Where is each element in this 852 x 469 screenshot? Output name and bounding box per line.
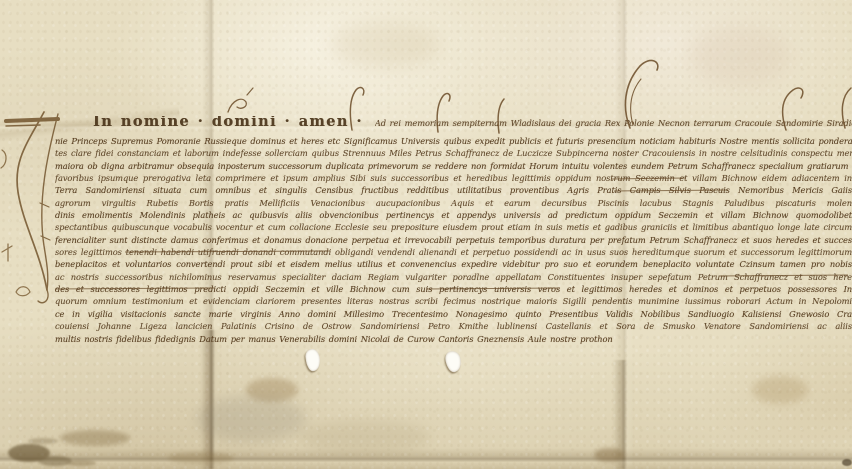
manuscript-line: In nomine · domini · amen · Ad rei memor… bbox=[55, 116, 852, 135]
manuscript-line: des et successores legittimos predicti o… bbox=[55, 283, 852, 295]
parchment-charter-photo: In nomine · domini · amen · Ad rei memor… bbox=[0, 0, 852, 469]
stain-bottom-left-smudge bbox=[60, 430, 130, 446]
stain-top-soft bbox=[330, 22, 440, 68]
stain-right-mid bbox=[752, 376, 808, 404]
manuscript-line: Terra Sandomiriensi situata cum omnibus … bbox=[55, 184, 852, 196]
stain-bottom-right-dot bbox=[842, 459, 852, 466]
stain-center-gray-smudge bbox=[196, 396, 306, 442]
manuscript-line: maiora ob digna arbitramur obsequia inpo… bbox=[55, 160, 852, 172]
manuscript-line: ce in vigilia visitacionis sancte marie … bbox=[55, 308, 852, 320]
stain-center-faint bbox=[300, 420, 430, 454]
stain-bottom-left-cluster bbox=[8, 444, 50, 462]
bottom-plica-fold bbox=[0, 448, 852, 469]
left-edge-pen-marks bbox=[1, 150, 30, 296]
manuscript-line: quorum omnium testimonium et evidenciam … bbox=[55, 295, 852, 307]
manuscript-line: favoribus ipsumque prerogativa leta comp… bbox=[55, 172, 852, 184]
manuscript-text-block: In nomine · domini · amen · Ad rei memor… bbox=[55, 116, 852, 345]
vertical-fold-crease-right-dark bbox=[612, 360, 634, 469]
manuscript-line: dinis emolimentis Molendinis platheis ac… bbox=[55, 209, 852, 221]
manuscript-line-text: Ad rei memoriam sempiternam Wladislaus d… bbox=[375, 117, 852, 129]
stain-top-right-soft bbox=[690, 26, 790, 86]
manuscript-line: beneplacitos et voluntarios convertendi … bbox=[55, 258, 852, 270]
manuscript-line: nie Princeps Supremus Pomoranie Russiequ… bbox=[55, 135, 852, 147]
parchment-hole-right bbox=[444, 349, 464, 373]
left-margin-flourish bbox=[6, 112, 58, 303]
manuscript-line: ferencialiter sunt distincte damus confe… bbox=[55, 234, 852, 246]
stain-bottom-center bbox=[594, 448, 624, 462]
manuscript-line: tes clare fidei constanciam et laborum i… bbox=[55, 147, 852, 159]
manuscript-line: couiensi Johanne Ligeza lancicien Palati… bbox=[55, 320, 852, 332]
manuscript-line: sores legittimos tenendi habendi utifrue… bbox=[55, 246, 852, 258]
parchment-hole-left bbox=[304, 348, 322, 372]
manuscript-line: agrorum virgultis Rubetis Bortis pratis … bbox=[55, 197, 852, 209]
manuscript-line: multis nostris fidelibus fidedignis Datu… bbox=[55, 333, 613, 345]
vertical-fold-crease-left-dark bbox=[200, 330, 222, 469]
stain-left-mid bbox=[168, 452, 234, 464]
stain-center-brown bbox=[246, 378, 298, 402]
incipit-display-script: In nomine · domini · amen · bbox=[93, 116, 363, 128]
manuscript-line: ac nostris successoribus nichilominus re… bbox=[55, 271, 852, 283]
manuscript-line: spectantibus quibuscunque vocabulis voce… bbox=[55, 221, 852, 233]
